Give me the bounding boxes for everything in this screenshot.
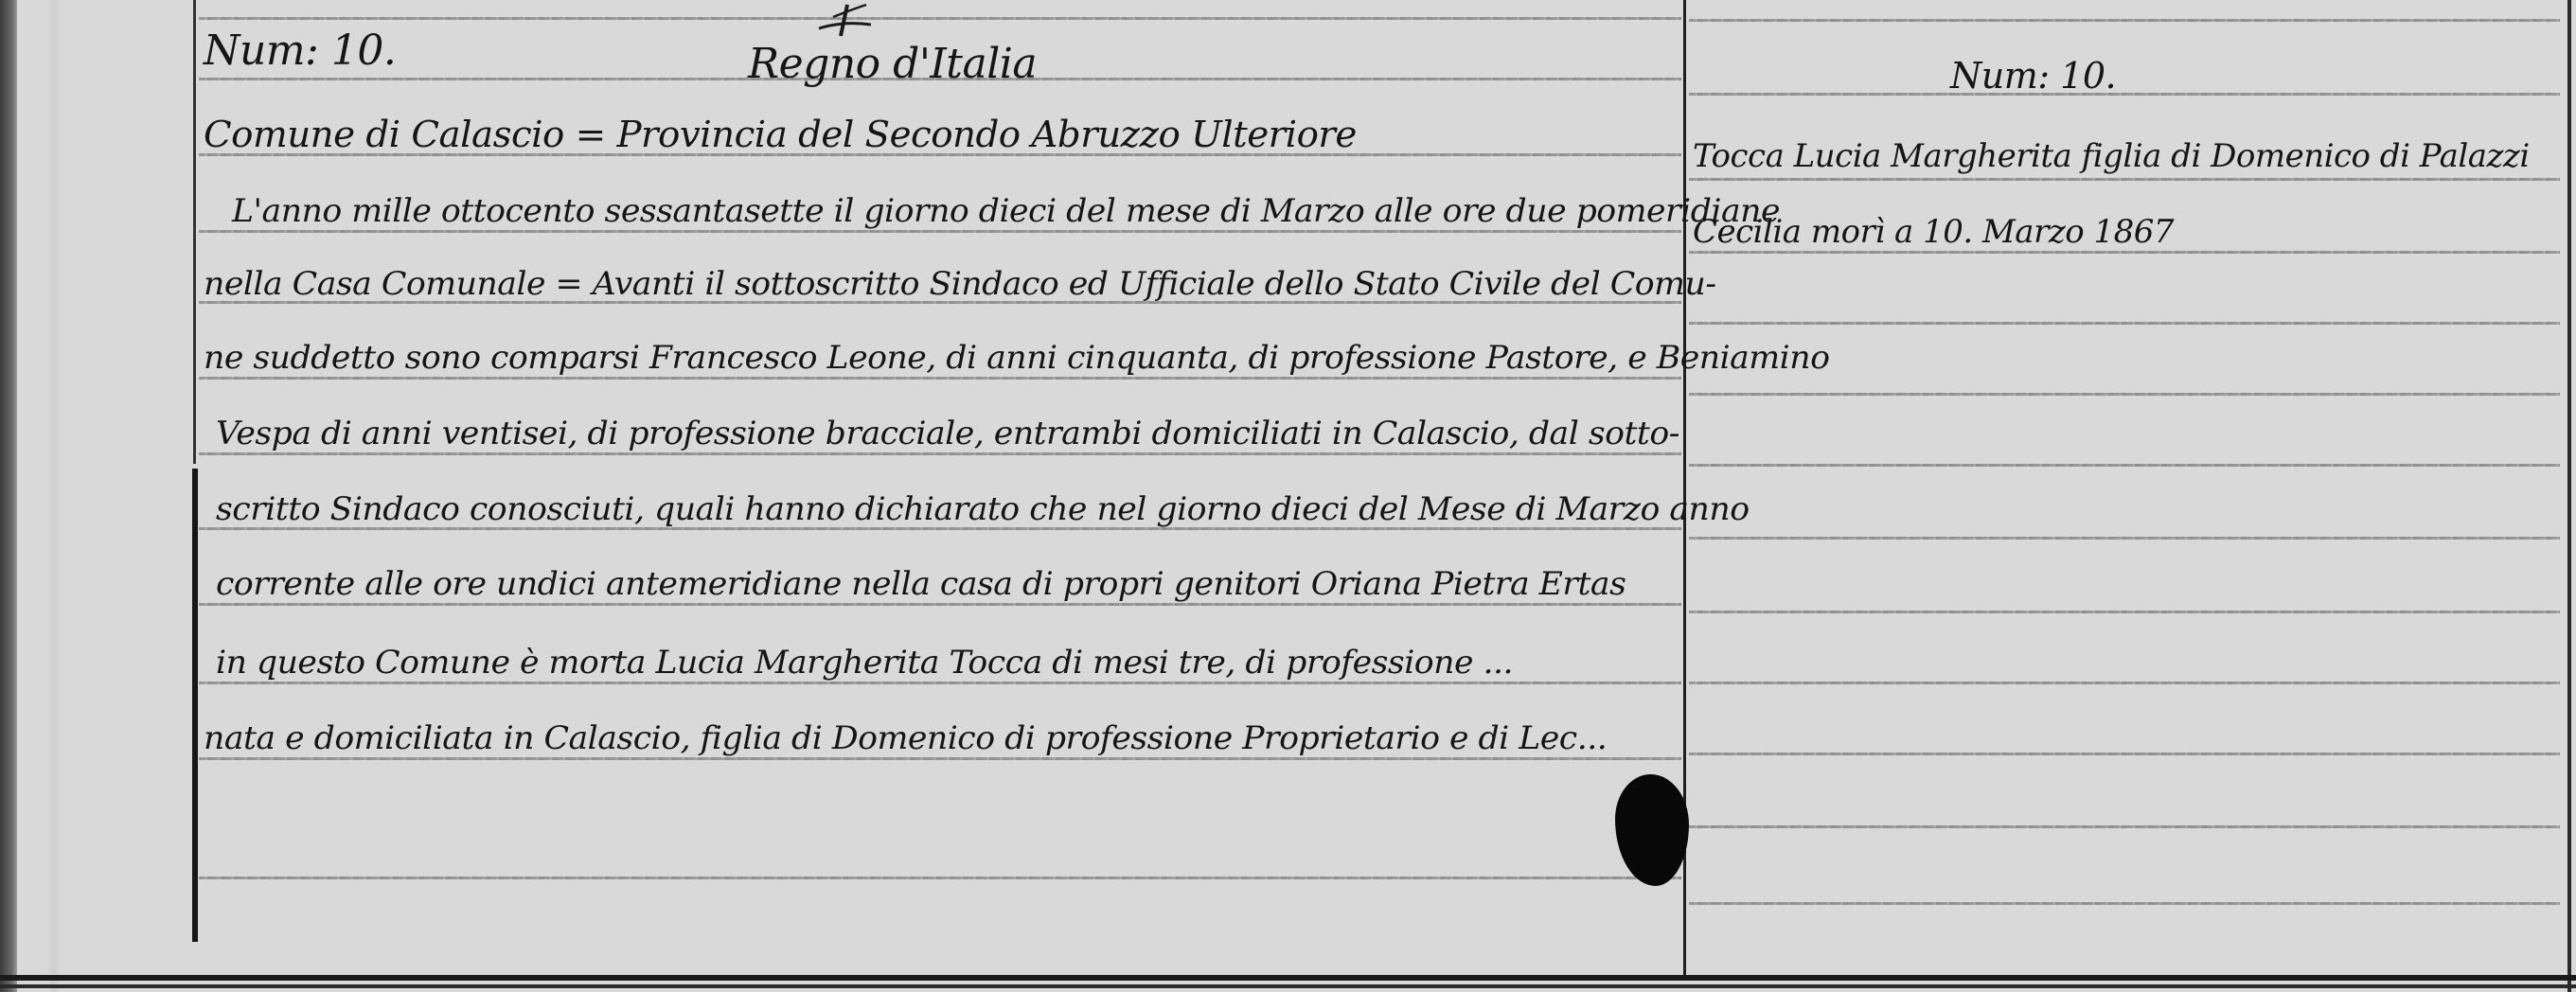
ruled-line <box>1689 902 2560 905</box>
ruled-line <box>199 603 1681 606</box>
ruled-line <box>199 877 1681 879</box>
record-heading: Regno d'Italia <box>748 40 1037 88</box>
margin-fold <box>47 0 61 992</box>
left-margin-rule-bold <box>192 469 198 942</box>
page-edge-shadow <box>0 0 17 992</box>
ruled-line <box>1689 178 2560 181</box>
ruled-line <box>1689 682 2560 684</box>
ruled-line <box>199 230 1681 233</box>
ruled-line <box>199 377 1681 380</box>
register-page: Num: 10. Regno d'Italia Comune di Calasc… <box>0 0 2576 992</box>
ruled-line <box>1689 537 2560 540</box>
ruled-line <box>1689 825 2560 828</box>
ruled-line <box>199 17 1681 20</box>
crest-flourish-icon <box>814 0 880 43</box>
ruled-line <box>1689 322 2560 325</box>
body-line: nata e domiciliata in Calascio, figlia d… <box>204 719 1607 757</box>
record-number: Num: 10. <box>204 27 396 75</box>
body-line: L'anno mille ottocento sessantasette il … <box>232 192 1780 230</box>
ruled-line <box>1689 393 2560 396</box>
ruled-line <box>199 452 1681 455</box>
ruled-line <box>1689 753 2560 755</box>
commune-province-line: Comune di Calascio = Provincia del Secon… <box>204 114 1357 155</box>
body-line: nella Casa Comunale = Avanti il sottoscr… <box>204 265 1716 303</box>
right-edge-rule <box>2567 0 2571 992</box>
body-line: in questo Comune è morta Lucia Margherit… <box>216 644 1513 682</box>
bottom-border-rule <box>0 984 2576 988</box>
ink-blot <box>1615 774 1689 886</box>
ruled-line <box>1689 93 2560 96</box>
ruled-line <box>1689 19 2560 22</box>
ruled-line <box>199 757 1681 760</box>
body-line: ne suddetto sono comparsi Francesco Leon… <box>204 339 1829 377</box>
ruled-line <box>1689 611 2560 613</box>
body-line: corrente alle ore undici antemeridiane n… <box>216 565 1626 603</box>
body-line: Vespa di anni ventisei, di professione b… <box>216 415 1679 452</box>
left-margin-rule <box>193 0 196 464</box>
annotation-line: Tocca Lucia Margherita figlia di Domenic… <box>1693 137 2530 175</box>
annotation-number: Num: 10. <box>1950 55 2116 97</box>
bottom-border-rule <box>0 975 2576 981</box>
ruled-line <box>199 682 1681 684</box>
ruled-line <box>1689 464 2560 467</box>
annotation-line: Cecilia morì a 10. Marzo 1867 <box>1693 213 2174 251</box>
ruled-line <box>1689 251 2560 254</box>
body-line: scritto Sindaco conosciuti, quali hanno … <box>216 490 1750 528</box>
